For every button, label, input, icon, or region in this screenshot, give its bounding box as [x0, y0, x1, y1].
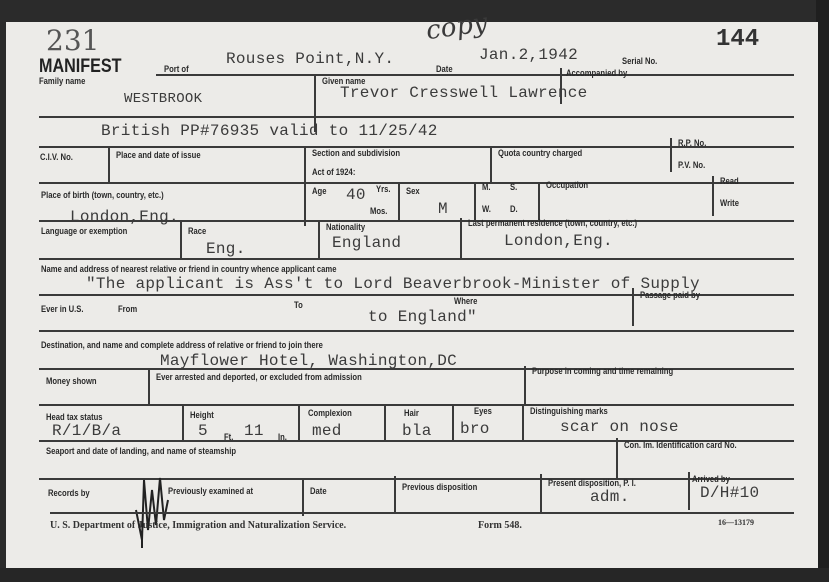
divider [180, 220, 182, 260]
purpose-label: Purpose in coming and time remaining [532, 366, 673, 376]
date-label: Date [436, 64, 453, 74]
given-name-value: Trevor Cresswell Lawrence [340, 84, 588, 102]
divider [540, 474, 542, 512]
divider [108, 146, 110, 184]
divider [156, 74, 794, 76]
agency-footer: U. S. Department of Justice, Immigration… [50, 520, 346, 531]
ever-arrested-label: Ever arrested and deported, or excluded … [156, 372, 362, 382]
scan-border-top [0, 0, 829, 22]
divider [616, 438, 618, 478]
manifest-title: MANIFEST [39, 56, 122, 78]
last-residence-value: London,Eng. [504, 232, 613, 250]
con-im-card-label: Con. Im. Identification card No. [624, 440, 737, 450]
divider [39, 330, 794, 332]
passport-value: British PP#76935 valid to 11/25/42 [101, 122, 438, 140]
nearest-relative-value: "The applicant is Ass't to Lord Beaverbr… [86, 275, 700, 293]
height-label: Height [190, 410, 214, 420]
complexion-label: Complexion [308, 408, 352, 418]
place-of-birth-label: Place of birth (town, country, etc.) [41, 190, 164, 200]
divider [50, 512, 794, 514]
hair-label: Hair [404, 408, 419, 418]
serial-label: Serial No. [622, 56, 657, 66]
previous-disposition-label: Previous disposition [402, 482, 477, 492]
from-label: From [118, 304, 137, 314]
height-in-value: 11 [244, 422, 264, 440]
divider [182, 406, 184, 442]
seaport-label: Seaport and date of landing, and name of… [46, 446, 236, 456]
divider [398, 182, 400, 220]
signature-scribble [130, 470, 180, 550]
serial-number: 144 [716, 26, 759, 53]
complexion-value: med [312, 422, 342, 440]
divider [39, 368, 794, 370]
divider [302, 478, 304, 516]
ever-in-us-where-value: to England" [368, 308, 477, 326]
divider [39, 258, 794, 260]
quota-country-label: Quota country charged [498, 148, 582, 158]
divider [538, 182, 540, 220]
divider [460, 218, 462, 258]
place-of-birth-value: London,Eng. [70, 208, 179, 226]
rp-no-label: R.P. No. [678, 138, 706, 148]
divider [384, 406, 386, 442]
head-tax-label: Head tax status [46, 412, 103, 422]
previously-examined-label: Previously examined at [168, 486, 253, 496]
nationality-label: Nationality [326, 222, 365, 232]
arrived-by-label: Arrived by [692, 474, 730, 484]
form-id: 16—13179 [718, 518, 754, 527]
age-value: 40 [346, 186, 366, 204]
divider [712, 176, 714, 216]
divider [522, 404, 524, 440]
pv-no-label: P.V. No. [678, 160, 705, 170]
date2-label: Date [310, 486, 327, 496]
marital-w-label: W. [482, 204, 491, 214]
act-1924-label: Act of 1924: [312, 167, 355, 177]
place-date-issue-label: Place and date of issue [116, 150, 201, 160]
family-name-label: Family name [39, 76, 85, 86]
date-value: Jan.2,1942 [479, 46, 578, 64]
eyes-label: Eyes [474, 406, 492, 416]
last-residence-label: Last permanent residence (town, country,… [468, 218, 637, 228]
nationality-value: England [332, 234, 401, 252]
race-label: Race [188, 226, 206, 236]
marital-d-label: D. [510, 204, 518, 214]
present-disposition-label: Present disposition, P. I. [548, 478, 636, 488]
mos-label: Mos. [370, 206, 387, 216]
scan-border-bottom [0, 568, 829, 582]
age-label: Age [312, 186, 326, 196]
passage-paid-label: Passage paid by [640, 290, 700, 300]
divider [39, 182, 794, 184]
distinguishing-label: Distinguishing marks [530, 406, 608, 416]
nearest-relative-label: Name and address of nearest relative or … [41, 264, 336, 274]
head-tax-value: R/1/B/a [52, 422, 121, 440]
ever-in-us-label: Ever in U.S. [41, 304, 84, 314]
records-by-label: Records by [48, 488, 90, 498]
divider [394, 476, 396, 514]
height-ft-value: 5 [198, 422, 208, 440]
divider [452, 404, 454, 440]
write-label: Write [720, 198, 739, 208]
family-name-value: WESTBROOK [124, 91, 202, 107]
marital-m-label: M. [482, 182, 491, 192]
manifest-card: 231 copy MANIFEST Port of Rouses Point,N… [6, 22, 818, 568]
divider [490, 146, 492, 184]
destination-label: Destination, and name and complete addre… [41, 340, 323, 350]
handwritten-number: 231 [46, 24, 99, 57]
money-shown-label: Money shown [46, 376, 97, 386]
divider [39, 404, 794, 406]
divider [474, 182, 476, 220]
port-of-label: Port of [164, 64, 189, 74]
divider [39, 220, 794, 222]
divider [688, 472, 690, 510]
divider [304, 146, 306, 226]
divider [39, 116, 794, 118]
divider [298, 406, 300, 442]
arrived-by-value: D/H#10 [700, 484, 759, 502]
form-number: Form 548. [478, 520, 522, 531]
divider [524, 366, 526, 404]
divider [670, 138, 672, 172]
to-label: To [294, 300, 303, 310]
hair-value: bla [402, 422, 432, 440]
occupation-label: Occupation [546, 180, 588, 190]
race-value: Eng. [206, 240, 246, 258]
sex-value: M [438, 200, 448, 218]
divider [318, 220, 320, 260]
sex-label: Sex [406, 186, 420, 196]
language-label: Language or exemption [41, 226, 127, 236]
divider [560, 68, 562, 104]
section-label: Section and subdivision [312, 148, 400, 158]
divider [148, 368, 150, 406]
distinguishing-value: scar on nose [560, 418, 679, 436]
port-value: Rouses Point,N.Y. [226, 50, 394, 68]
present-disposition-value: adm. [590, 488, 630, 506]
eyes-value: bro [460, 420, 490, 438]
civ-no-label: C.I.V. No. [40, 152, 73, 162]
where-label: Where [454, 296, 477, 306]
marital-s-label: S. [510, 182, 517, 192]
accompanied-by-label: Accompanied by [566, 68, 627, 78]
divider [632, 288, 634, 326]
read-label: Read [720, 176, 739, 186]
yrs-label: Yrs. [376, 184, 390, 194]
